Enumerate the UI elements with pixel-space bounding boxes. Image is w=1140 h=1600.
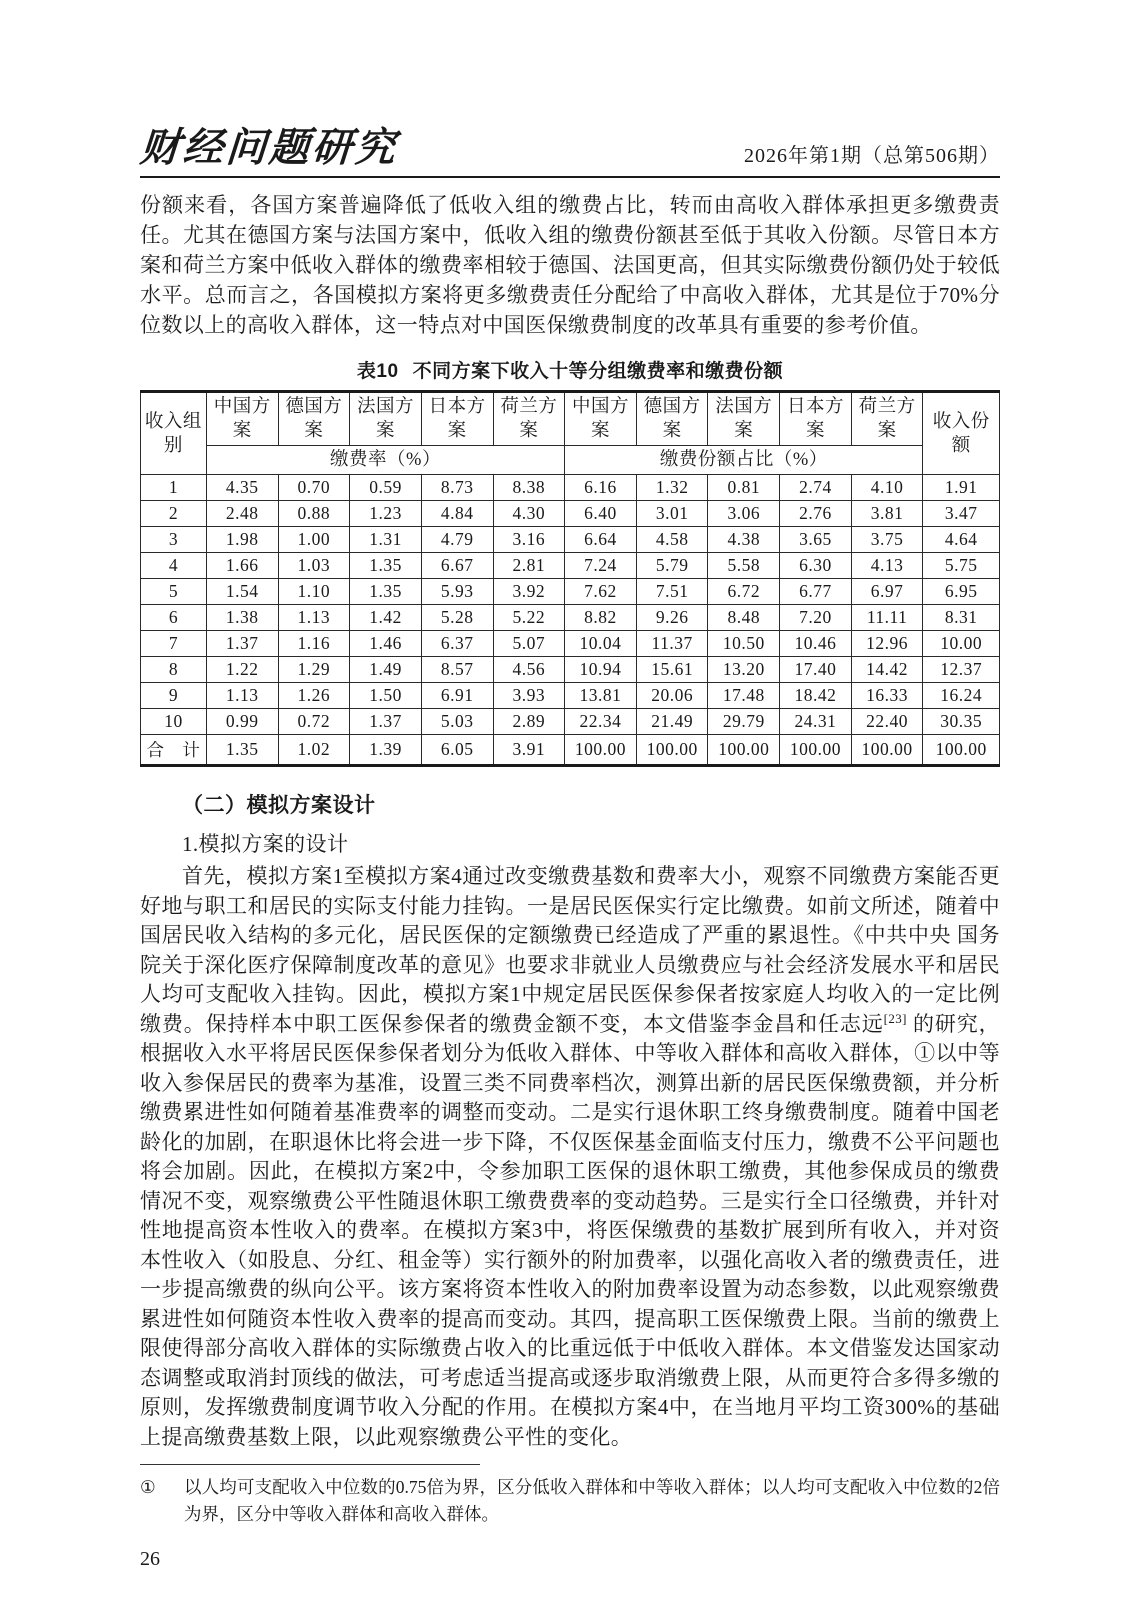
share-cell: 100.00 <box>780 735 852 766</box>
income-share-cell: 30.35 <box>923 709 1000 735</box>
table-row: 71.371.161.466.375.0710.0411.3710.5010.4… <box>141 631 1000 657</box>
rate-cell: 8.57 <box>421 657 493 683</box>
share-cell: 6.72 <box>708 579 780 605</box>
rate-cell: 1.38 <box>206 605 278 631</box>
share-cell: 4.10 <box>851 475 923 501</box>
share-cell: 4.13 <box>851 553 923 579</box>
rate-cell: 1.22 <box>206 657 278 683</box>
rate-cell: 5.03 <box>421 709 493 735</box>
share-cell: 6.97 <box>851 579 923 605</box>
share-cell: 20.06 <box>636 683 708 709</box>
share-cell: 3.75 <box>851 527 923 553</box>
share-cell: 4.58 <box>636 527 708 553</box>
share-group-header: 缴费份额占比（%） <box>565 446 923 475</box>
share-cell: 22.34 <box>565 709 637 735</box>
rate-cell: 4.35 <box>206 475 278 501</box>
share-cell: 12.96 <box>851 631 923 657</box>
rate-cell: 1.35 <box>350 579 422 605</box>
rate-cell: 6.91 <box>421 683 493 709</box>
rate-cell: 1.50 <box>350 683 422 709</box>
rate-cell: 5.07 <box>493 631 565 657</box>
income-share-cell: 6.95 <box>923 579 1000 605</box>
country-header: 法国方案 <box>708 392 780 446</box>
rate-cell: 0.70 <box>278 475 350 501</box>
table-body: 14.350.700.598.738.386.161.320.812.744.1… <box>141 475 1000 766</box>
rate-cell: 4.56 <box>493 657 565 683</box>
income-share-cell: 1.91 <box>923 475 1000 501</box>
table-row: 14.350.700.598.738.386.161.320.812.744.1… <box>141 475 1000 501</box>
income-group-cell: 1 <box>141 475 207 501</box>
share-cell: 4.38 <box>708 527 780 553</box>
table-header-row-groups: 缴费率（%） 缴费份额占比（%） <box>141 446 1000 475</box>
rate-cell: 1.49 <box>350 657 422 683</box>
rate-cell: 3.93 <box>493 683 565 709</box>
table-row: 51.541.101.355.933.927.627.516.726.776.9… <box>141 579 1000 605</box>
share-cell: 8.48 <box>708 605 780 631</box>
rate-cell: 2.81 <box>493 553 565 579</box>
share-cell: 13.81 <box>565 683 637 709</box>
rate-cell: 1.35 <box>350 553 422 579</box>
rate-cell: 4.30 <box>493 501 565 527</box>
rate-cell: 4.84 <box>421 501 493 527</box>
rate-cell: 2.89 <box>493 709 565 735</box>
share-cell: 10.04 <box>565 631 637 657</box>
share-cell: 3.65 <box>780 527 852 553</box>
table-row: 22.480.881.234.844.306.403.013.062.763.8… <box>141 501 1000 527</box>
income-group-cell: 3 <box>141 527 207 553</box>
rate-cell: 5.93 <box>421 579 493 605</box>
share-cell: 11.37 <box>636 631 708 657</box>
income-share-cell: 3.47 <box>923 501 1000 527</box>
table-caption-title: 不同方案下收入十等分组缴费率和缴费份额 <box>413 361 784 382</box>
country-header: 法国方案 <box>350 392 422 446</box>
rate-cell: 1.26 <box>278 683 350 709</box>
income-share-cell: 100.00 <box>923 735 1000 766</box>
rate-cell: 1.03 <box>278 553 350 579</box>
rate-cell: 1.37 <box>350 709 422 735</box>
table-row: 91.131.261.506.913.9313.8120.0617.4818.4… <box>141 683 1000 709</box>
rate-cell: 1.23 <box>350 501 422 527</box>
rate-cell: 1.39 <box>350 735 422 766</box>
income-share-cell: 4.64 <box>923 527 1000 553</box>
table-head: 收入组别 中国方案 德国方案 法国方案 日本方案 荷兰方案 中国方案 德国方案 … <box>141 392 1000 475</box>
rate-cell: 0.99 <box>206 709 278 735</box>
income-group-cell: 7 <box>141 631 207 657</box>
share-cell: 6.40 <box>565 501 637 527</box>
rate-cell: 1.31 <box>350 527 422 553</box>
rate-cell: 1.46 <box>350 631 422 657</box>
rate-cell: 8.38 <box>493 475 565 501</box>
body-paragraph: 首先，模拟方案1至模拟方案4通过改变缴费基数和费率大小，观察不同缴费方案能否更好… <box>140 862 1000 1452</box>
share-cell: 10.94 <box>565 657 637 683</box>
share-cell: 29.79 <box>708 709 780 735</box>
rate-cell: 1.13 <box>206 683 278 709</box>
income-group-cell: 6 <box>141 605 207 631</box>
share-cell: 3.06 <box>708 501 780 527</box>
share-cell: 3.81 <box>851 501 923 527</box>
table-caption-label: 表10 <box>357 361 399 382</box>
issue-info: 2026年第1期（总第506期） <box>744 139 1000 170</box>
rate-cell: 6.37 <box>421 631 493 657</box>
income-group-cell: 10 <box>141 709 207 735</box>
citation-ref: [23] <box>884 1011 907 1026</box>
share-cell: 9.26 <box>636 605 708 631</box>
table-row: 合 计1.351.021.396.053.91100.00100.00100.0… <box>141 735 1000 766</box>
income-group-cell: 8 <box>141 657 207 683</box>
country-header: 德国方案 <box>636 392 708 446</box>
rate-cell: 3.91 <box>493 735 565 766</box>
country-header: 荷兰方案 <box>493 392 565 446</box>
table-row: 100.990.721.375.032.8922.3421.4929.7924.… <box>141 709 1000 735</box>
share-cell: 6.30 <box>780 553 852 579</box>
table-header-row-countries: 收入组别 中国方案 德国方案 法国方案 日本方案 荷兰方案 中国方案 德国方案 … <box>141 392 1000 446</box>
share-cell: 1.32 <box>636 475 708 501</box>
rate-cell: 1.02 <box>278 735 350 766</box>
country-header: 中国方案 <box>206 392 278 446</box>
rate-cell: 5.22 <box>493 605 565 631</box>
table-caption: 表10不同方案下收入十等分组缴费率和缴费份额 <box>140 356 1000 383</box>
rate-cell: 1.66 <box>206 553 278 579</box>
page-header: 财经问题研究 2026年第1期（总第506期） <box>140 126 1000 178</box>
country-header: 荷兰方案 <box>851 392 923 446</box>
income-share-cell: 8.31 <box>923 605 1000 631</box>
share-cell: 21.49 <box>636 709 708 735</box>
share-cell: 100.00 <box>636 735 708 766</box>
rate-cell: 1.98 <box>206 527 278 553</box>
share-cell: 100.00 <box>708 735 780 766</box>
share-cell: 100.00 <box>851 735 923 766</box>
share-cell: 11.11 <box>851 605 923 631</box>
rate-cell: 6.05 <box>421 735 493 766</box>
rate-group-header: 缴费率（%） <box>206 446 564 475</box>
share-cell: 10.50 <box>708 631 780 657</box>
income-group-cell: 9 <box>141 683 207 709</box>
rate-cell: 3.92 <box>493 579 565 605</box>
rate-cell: 1.16 <box>278 631 350 657</box>
rate-cell: 3.16 <box>493 527 565 553</box>
rate-cell: 1.37 <box>206 631 278 657</box>
journal-logo: 财经问题研究 <box>138 126 399 170</box>
country-header: 德国方案 <box>278 392 350 446</box>
income-share-cell: 16.24 <box>923 683 1000 709</box>
country-header: 日本方案 <box>780 392 852 446</box>
income-share-cell: 12.37 <box>923 657 1000 683</box>
share-cell: 7.51 <box>636 579 708 605</box>
table-row: 41.661.031.356.672.817.245.795.586.304.1… <box>141 553 1000 579</box>
rate-cell: 0.59 <box>350 475 422 501</box>
rate-cell: 1.10 <box>278 579 350 605</box>
rate-cell: 1.35 <box>206 735 278 766</box>
rate-cell: 0.72 <box>278 709 350 735</box>
rate-cell: 2.48 <box>206 501 278 527</box>
page-number: 26 <box>140 1548 1000 1571</box>
footnote-separator <box>140 1464 480 1465</box>
share-cell: 10.46 <box>780 631 852 657</box>
rate-cell: 1.13 <box>278 605 350 631</box>
share-cell: 7.62 <box>565 579 637 605</box>
share-cell: 5.79 <box>636 553 708 579</box>
share-cell: 100.00 <box>565 735 637 766</box>
table-row: 81.221.291.498.574.5610.9415.6113.2017.4… <box>141 657 1000 683</box>
footnote-text: 以人均可支配收入中位数的0.75倍为界，区分低收入群体和中等收入群体；以人均可支… <box>184 1474 1000 1528</box>
share-cell: 18.42 <box>780 683 852 709</box>
share-cell: 14.42 <box>851 657 923 683</box>
share-cell: 17.48 <box>708 683 780 709</box>
share-cell: 0.81 <box>708 475 780 501</box>
rate-cell: 8.73 <box>421 475 493 501</box>
share-cell: 2.76 <box>780 501 852 527</box>
rate-cell: 5.28 <box>421 605 493 631</box>
rate-cell: 4.79 <box>421 527 493 553</box>
intro-paragraph: 份额来看，各国方案普遍降低了低收入组的缴费占比，转而由高收入群体承担更多缴费责任… <box>140 190 1000 340</box>
income-group-cell: 5 <box>141 579 207 605</box>
share-cell: 7.20 <box>780 605 852 631</box>
share-cell: 17.40 <box>780 657 852 683</box>
share-cell: 2.74 <box>780 475 852 501</box>
income-group-cell: 合 计 <box>141 735 207 766</box>
rate-cell: 1.54 <box>206 579 278 605</box>
share-cell: 6.77 <box>780 579 852 605</box>
share-cell: 6.64 <box>565 527 637 553</box>
share-cell: 13.20 <box>708 657 780 683</box>
country-header: 中国方案 <box>565 392 637 446</box>
journal-page: 财经问题研究 2026年第1期（总第506期） 份额来看，各国方案普遍降低了低收… <box>0 0 1140 1600</box>
income-group-header: 收入组别 <box>141 392 207 475</box>
income-group-cell: 4 <box>141 553 207 579</box>
sub-heading: 1.模拟方案的设计 <box>140 828 1000 858</box>
rate-cell: 1.42 <box>350 605 422 631</box>
income-share-cell: 10.00 <box>923 631 1000 657</box>
share-cell: 6.16 <box>565 475 637 501</box>
rate-cell: 1.00 <box>278 527 350 553</box>
section-heading: （二）模拟方案设计 <box>140 789 1000 819</box>
rate-cell: 6.67 <box>421 553 493 579</box>
share-cell: 16.33 <box>851 683 923 709</box>
share-cell: 22.40 <box>851 709 923 735</box>
income-share-header: 收入份额 <box>923 392 1000 475</box>
footnote-marker: ① <box>140 1474 184 1528</box>
table-row: 31.981.001.314.793.166.644.584.383.653.7… <box>141 527 1000 553</box>
country-header: 日本方案 <box>421 392 493 446</box>
table-row: 61.381.131.425.285.228.829.268.487.2011.… <box>141 605 1000 631</box>
footnote: ① 以人均可支配收入中位数的0.75倍为界，区分低收入群体和中等收入群体；以人均… <box>140 1474 1000 1528</box>
rate-cell: 1.29 <box>278 657 350 683</box>
table-10: 收入组别 中国方案 德国方案 法国方案 日本方案 荷兰方案 中国方案 德国方案 … <box>140 390 1000 767</box>
share-cell: 8.82 <box>565 605 637 631</box>
income-group-cell: 2 <box>141 501 207 527</box>
share-cell: 7.24 <box>565 553 637 579</box>
share-cell: 24.31 <box>780 709 852 735</box>
income-share-cell: 5.75 <box>923 553 1000 579</box>
share-cell: 5.58 <box>708 553 780 579</box>
share-cell: 3.01 <box>636 501 708 527</box>
rate-cell: 0.88 <box>278 501 350 527</box>
share-cell: 15.61 <box>636 657 708 683</box>
